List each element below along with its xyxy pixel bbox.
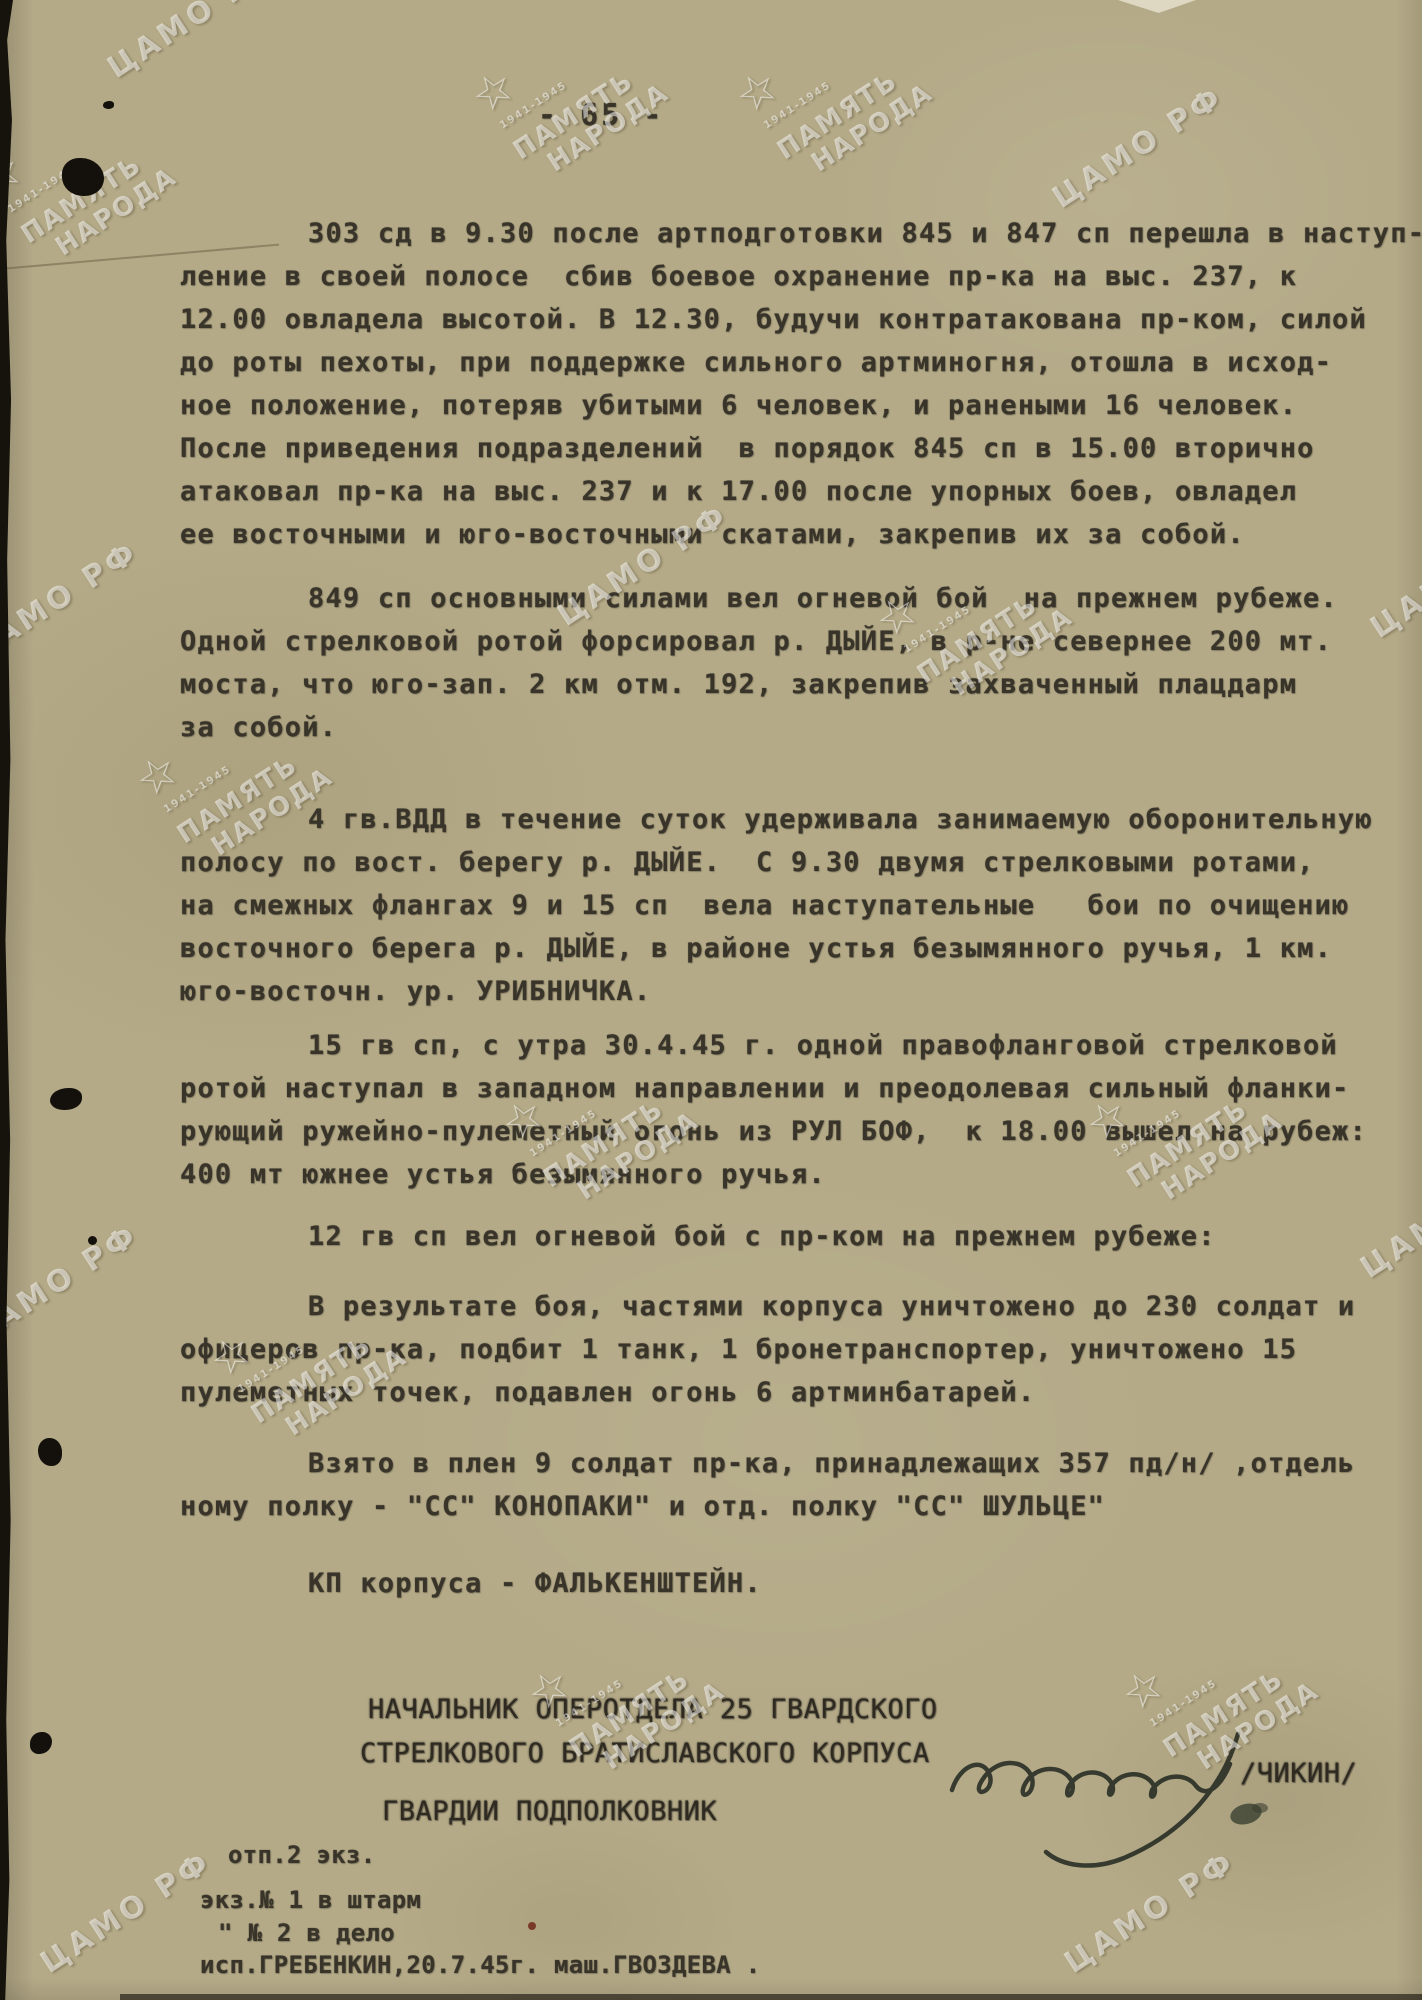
paragraph: Взято в плен 9 солдат пр-ка, принадлежащ…: [180, 1442, 1355, 1528]
typed-line: 12 гв сп вел огневой бой с пр-ком на пре…: [180, 1215, 1216, 1258]
footer-copies: отп.2 экз.: [228, 1841, 376, 1869]
paragraph: 4 гв.ВДД в течение суток удерживала зани…: [180, 798, 1373, 1013]
handwritten-signature: [938, 1728, 1358, 1878]
typed-line: рующий ружейно-пулеметный огонь из РУЛ Б…: [180, 1110, 1367, 1153]
typed-line: В результате боя, частями корпуса уничто…: [180, 1285, 1355, 1328]
paragraph: 849 сп основными силами вел огневой бой …: [180, 577, 1338, 749]
typed-line: моста, что юго-зап. 2 км отм. 192, закре…: [180, 663, 1338, 706]
typed-line: Взято в плен 9 солдат пр-ка, принадлежащ…: [180, 1442, 1355, 1485]
typed-line: атаковал пр-ка на выс. 237 и к 17.00 пос…: [180, 470, 1422, 513]
ink-dot: [528, 1922, 536, 1930]
typed-line: ротой наступал в западном направлении и …: [180, 1067, 1367, 1110]
scan-bottom-edge: [120, 1994, 1422, 2000]
typed-line: 400 мт южнее устья безымянного ручья.: [180, 1153, 1367, 1196]
scanned-document-page: { "page": { "number_label": "- 65 -", "w…: [0, 0, 1422, 2000]
typed-line: После приведения подразделений в порядок…: [180, 427, 1422, 470]
document-body: - 65 - 303 сд в 9.30 после артподготовки…: [0, 0, 1422, 2000]
typed-line: ее восточными и юго-восточными скатами, …: [180, 513, 1422, 556]
page-number: - 65 -: [538, 98, 664, 133]
paragraph: 12 гв сп вел огневой бой с пр-ком на пре…: [180, 1215, 1216, 1258]
paragraph: 303 сд в 9.30 после артподготовки 845 и …: [180, 212, 1422, 556]
paragraph: В результате боя, частями корпуса уничто…: [180, 1285, 1355, 1414]
typed-line: ное положение, потеряв убитыми 6 человек…: [180, 384, 1422, 427]
typed-line: 15 гв сп, с утра 30.4.45 г. одной правоф…: [180, 1024, 1367, 1067]
typed-line: офицеров пр-ка, подбит 1 танк, 1 бронетр…: [180, 1328, 1355, 1371]
paper-hole: [62, 158, 104, 196]
typed-line: восточного берега р. ДЫЙЕ, в районе усть…: [180, 927, 1373, 970]
typed-line: на смежных флангах 9 и 15 сп вела наступ…: [180, 884, 1373, 927]
footer-copy2: " № 2 в дело: [218, 1919, 395, 1947]
typed-line: до роты пехоты, при поддержке сильного а…: [180, 341, 1422, 384]
footer-copy1: экз.№ 1 в штарм: [200, 1886, 421, 1914]
signature-title-line1: НАЧАЛЬНИК ОПЕРОТДЕЛА 25 ГВАРДСКОГО: [368, 1694, 938, 1725]
footer-executor: исп.ГРЕБЕНКИН,20.7.45г. маш.ГВОЗДЕВА .: [200, 1951, 760, 1979]
typed-line: пулеметных точек, подавлен огонь 6 артми…: [180, 1371, 1355, 1414]
paper-hole: [103, 101, 114, 109]
typed-line: ному полку - "СС" КОНОПАКИ" и отд. полку…: [180, 1485, 1355, 1528]
typed-line: 12.00 овладела высотой. В 12.30, будучи …: [180, 298, 1422, 341]
paper-hole: [38, 1438, 62, 1466]
typed-line: юго-восточн. ур. УРИБНИЧКА.: [180, 970, 1373, 1013]
typed-line: Одной стрелковой ротой форсировал р. ДЫЙ…: [180, 620, 1338, 663]
signature-rank: ГВАРДИИ ПОДПОЛКОВНИК: [382, 1796, 717, 1827]
typed-line: полосу по вост. берегу р. ДЫЙЕ. С 9.30 д…: [180, 841, 1373, 884]
paragraph: 15 гв сп, с утра 30.4.45 г. одной правоф…: [180, 1024, 1367, 1196]
typed-line: за собой.: [180, 706, 1338, 749]
typed-line: 303 сд в 9.30 после артподготовки 845 и …: [180, 212, 1422, 255]
paragraph: КП корпуса - ФАЛЬКЕНШТЕЙН.: [180, 1562, 762, 1605]
typed-line: КП корпуса - ФАЛЬКЕНШТЕЙН.: [180, 1562, 762, 1605]
typed-line: ление в своей полосе сбив боевое охранен…: [180, 255, 1422, 298]
paper-speck: [88, 1236, 97, 1245]
typed-line: 4 гв.ВДД в течение суток удерживала зани…: [180, 798, 1373, 841]
typed-line: 849 сп основными силами вел огневой бой …: [180, 577, 1338, 620]
signature-title-line2: СТРЕЛКОВОГО БРАТИСЛАВСКОГО КОРПУСА: [360, 1738, 930, 1769]
